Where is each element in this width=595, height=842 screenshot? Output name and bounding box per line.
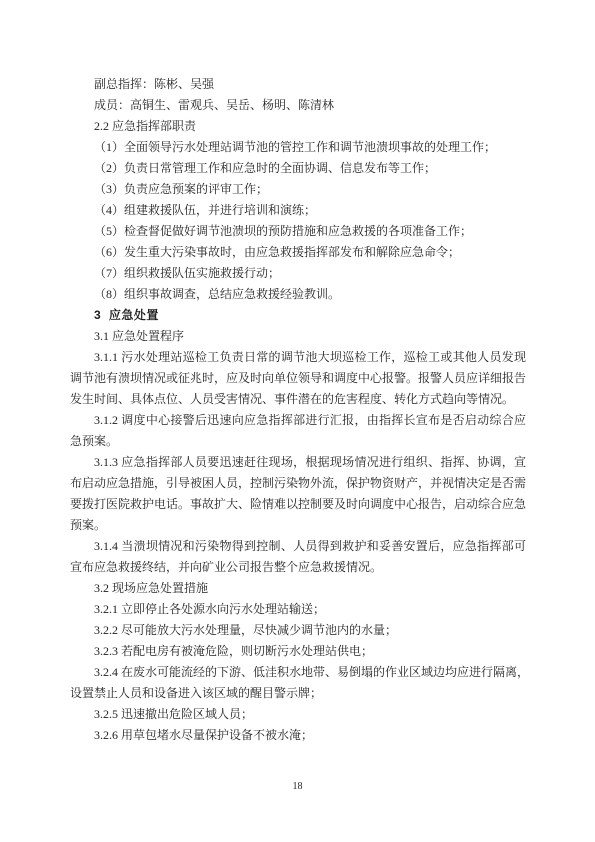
text-line: 2.2 应急指挥部职责 [70,116,526,137]
paragraph: 副总指挥：陈彬、吴强 [70,74,526,95]
paragraph: 2.2 应急指挥部职责 [70,116,526,137]
text-line: 3.2.3 若配电房有被淹危险，则切断污水处理站供电； [70,641,526,662]
text-line: 3.1.3 应急指挥部人员要迅速赶往现场，根据现场情况进行组织、指挥、协调，宣 [70,452,526,473]
text-line: （5）检查督促做好调节池溃坝的预防措施和应急救援的各项准备工作； [70,221,526,242]
paragraph: （1）全面领导污水处理站调节池的管控工作和调节池溃坝事故的处理工作； [70,137,526,158]
text-line: （7）组织救援队伍实施救援行动； [70,263,526,284]
paragraph: 3.1 应急处置程序 [70,326,526,347]
document-page: 副总指挥：陈彬、吴强成员：高铜生、雷观兵、吴岳、杨明、陈清林2.2 应急指挥部职… [0,0,595,842]
heading-line: 3 应急处置 [70,305,526,326]
paragraph: （3）负责应急预案的评审工作； [70,179,526,200]
paragraph: （2）负责日常管理工作和应急时的全面协调、信息发布等工作； [70,158,526,179]
text-line: 宣布应急救援终结，并向矿业公司报告整个应急救援情况。 [70,557,526,578]
text-line: 设置禁止人员和设备进入该区域的醒目警示牌； [70,683,526,704]
text-line: 要拨打医院救护电话。事故扩大、险情难以控制要及时向调度中心报告，启动综合应急 [70,494,526,515]
paragraph: 3.2 现场应急处置措施 [70,578,526,599]
text-line: 3.1 应急处置程序 [70,326,526,347]
text-line: 3.2 现场应急处置措施 [70,578,526,599]
text-line: 3.2.2 尽可能放大污水处理量，尽快减少调节池内的水量； [70,620,526,641]
paragraph: 3.1.4 当溃坝情况和污染物得到控制、人员得到救护和妥善安置后，应急指挥部可宣… [70,536,526,578]
text-line: 布启动应急措施，引导被困人员，控制污染物外流，保护物资财产，并视情决定是否需 [70,473,526,494]
text-line: （2）负责日常管理工作和应急时的全面协调、信息发布等工作； [70,158,526,179]
paragraph: 3.2.5 迅速撤出危险区域人员； [70,704,526,725]
text-line: 3.2.5 迅速撤出危险区域人员； [70,704,526,725]
text-line: 调节池有溃坝情况或征兆时，应及时向单位领导和调度中心报警。报警人员应详细报告 [70,368,526,389]
paragraph: 3.1.2 调度中心接警后迅速向应急指挥部进行汇报，由指挥长宣布是否启动综合应急… [70,410,526,452]
paragraph: （5）检查督促做好调节池溃坝的预防措施和应急救援的各项准备工作； [70,221,526,242]
text-line: 3.1.1 污水处理站巡检工负责日常的调节池大坝巡检工作，巡检工或其他人员发现 [70,347,526,368]
text-line: 成员：高铜生、雷观兵、吴岳、杨明、陈清林 [70,95,526,116]
text-line: 发生时间、具体点位、人员受害情况、事件潜在的危害程度、转化方式趋向等情况。 [70,389,526,410]
text-line: 副总指挥：陈彬、吴强 [70,74,526,95]
paragraph: （4）组建救援队伍，并进行培训和演练； [70,200,526,221]
paragraph: （6）发生重大污染事故时，由应急救援指挥部发布和解除应急命令； [70,242,526,263]
paragraph: 3.1.1 污水处理站巡检工负责日常的调节池大坝巡检工作，巡检工或其他人员发现调… [70,347,526,410]
text-line: （4）组建救援队伍，并进行培训和演练； [70,200,526,221]
paragraph: 3.2.3 若配电房有被淹危险，则切断污水处理站供电； [70,641,526,662]
paragraph: 3.1.3 应急指挥部人员要迅速赶往现场，根据现场情况进行组织、指挥、协调，宣布… [70,452,526,536]
text-line: （8）组织事故调查，总结应急救援经验教训。 [70,284,526,305]
text-line: 3.2.1 立即停止各处源水向污水处理站输送； [70,599,526,620]
paragraph: 成员：高铜生、雷观兵、吴岳、杨明、陈清林 [70,95,526,116]
text-line: 3.1.4 当溃坝情况和污染物得到控制、人员得到救护和妥善安置后，应急指挥部可 [70,536,526,557]
text-line: （6）发生重大污染事故时，由应急救援指挥部发布和解除应急命令； [70,242,526,263]
text-line: 预案。 [70,515,526,536]
paragraph: （8）组织事故调查，总结应急救援经验教训。 [70,284,526,305]
text-line: （1）全面领导污水处理站调节池的管控工作和调节池溃坝事故的处理工作； [70,137,526,158]
paragraph: （7）组织救援队伍实施救援行动； [70,263,526,284]
paragraph: 3.2.2 尽可能放大污水处理量，尽快减少调节池内的水量； [70,620,526,641]
text-line: 3.2.6 用草包堵水尽量保护设备不被水淹； [70,725,526,746]
text-line: 3.2.4 在废水可能流经的下游、低洼积水地带、易倒塌的作业区域边均应进行隔离， [70,662,526,683]
text-content: 副总指挥：陈彬、吴强成员：高铜生、雷观兵、吴岳、杨明、陈清林2.2 应急指挥部职… [70,74,526,746]
page-number: 18 [0,776,595,797]
text-line: 急预案。 [70,431,526,452]
paragraph: 3.2.1 立即停止各处源水向污水处理站输送； [70,599,526,620]
paragraph: 3.2.4 在废水可能流经的下游、低洼积水地带、易倒塌的作业区域边均应进行隔离，… [70,662,526,704]
section-heading: 3 应急处置 [70,305,526,326]
text-line: （3）负责应急预案的评审工作； [70,179,526,200]
text-line: 3.1.2 调度中心接警后迅速向应急指挥部进行汇报，由指挥长宣布是否启动综合应 [70,410,526,431]
paragraph: 3.2.6 用草包堵水尽量保护设备不被水淹； [70,725,526,746]
